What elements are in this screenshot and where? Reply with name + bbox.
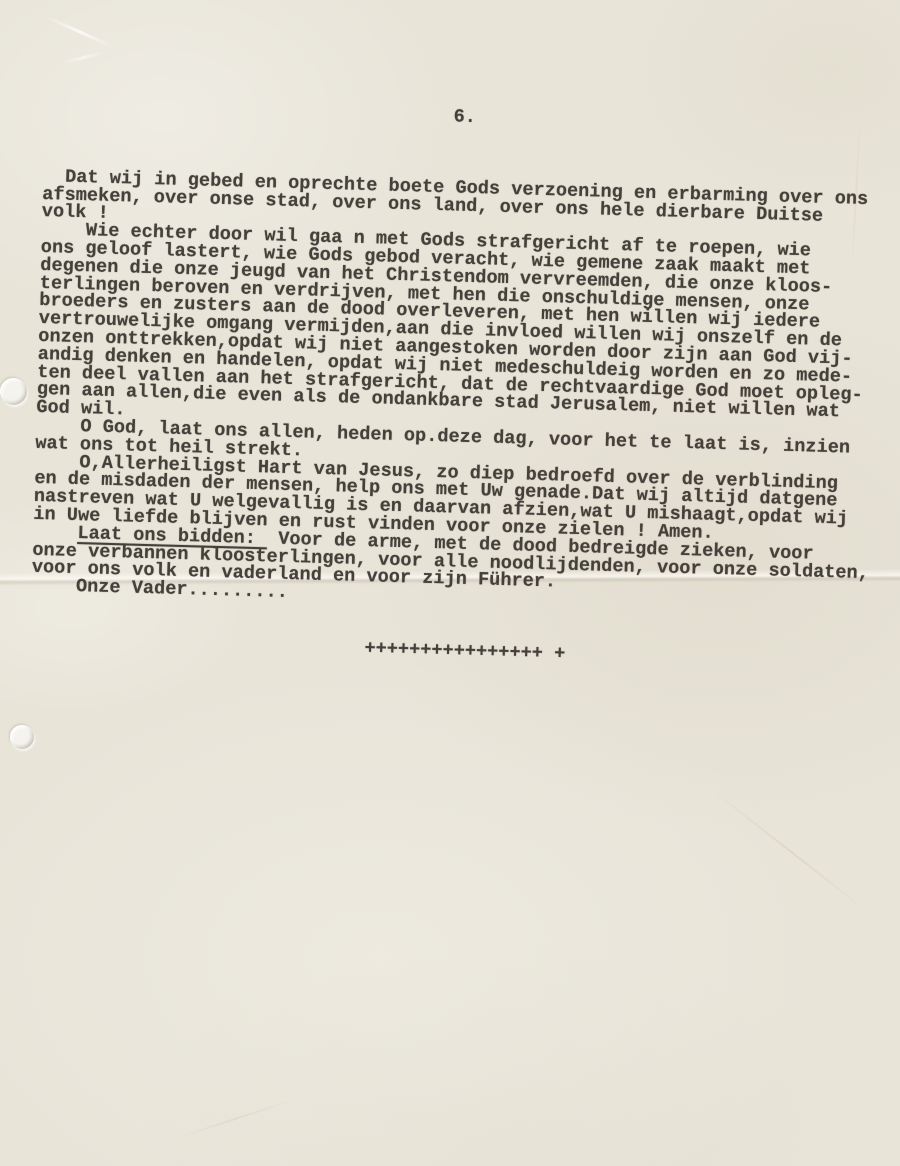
paper-crease	[45, 15, 114, 48]
paper-crease	[173, 1098, 297, 1140]
punch-hole-bottom	[10, 725, 34, 749]
typed-text-block: 6. Dat wij in gebed en oprechte boete Go…	[30, 61, 900, 673]
scanned-page: 6. Dat wij in gebed en oprechte boete Go…	[0, 0, 900, 1166]
page-number: 6.	[45, 97, 900, 139]
paper-crease	[711, 789, 870, 914]
punch-hole-top	[0, 378, 27, 405]
